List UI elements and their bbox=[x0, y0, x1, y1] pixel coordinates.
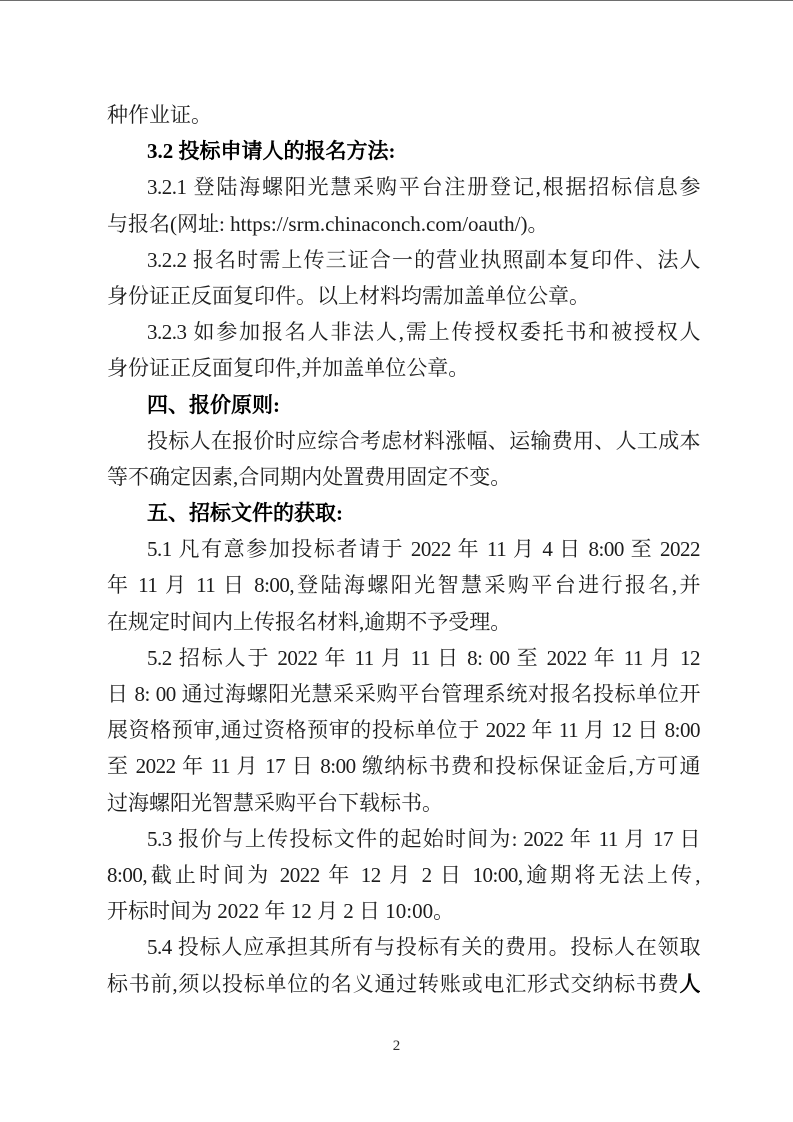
text-line: 3.2.3 如参加报名人非法人,需上传授权委托书和被授权人 bbox=[107, 314, 700, 350]
text-segment: 在规定时间内上传报名材料,逾期不予受理。 bbox=[107, 610, 511, 634]
text-segment: 5.4 投标人应承担其所有与投标有关的费用。投标人在领取 bbox=[147, 935, 700, 959]
text-segment: 3.2.1 登陆海螺阳光慧采购平台注册登记,根据招标信息参 bbox=[147, 175, 700, 199]
text-line: 与报名(网址: https://srm.chinaconch.com/oauth… bbox=[107, 206, 700, 242]
text-segment: 种作业证。 bbox=[107, 103, 212, 127]
text-line: 过海螺阳光智慧采购平台下载标书。 bbox=[107, 785, 700, 821]
text-line: 5.4 投标人应承担其所有与投标有关的费用。投标人在领取 bbox=[107, 929, 700, 965]
text-segment: 等不确定因素,合同期内处置费用固定不变。 bbox=[107, 465, 511, 489]
text-line: 日 8: 00 通过海螺阳光慧采采购平台管理系统对报名投标单位开 bbox=[107, 676, 700, 712]
text-segment: 至 2022 年 11 月 17 日 8:00 缴纳标书费和投标保证金后,方可通 bbox=[107, 754, 700, 778]
text-line: 身份证正反面复印件,并加盖单位公章。 bbox=[107, 350, 700, 386]
text-segment: 3.2.3 如参加报名人非法人,需上传授权委托书和被授权人 bbox=[147, 320, 700, 344]
text-line: 展资格预审,通过资格预审的投标单位于 2022 年 11 月 12 日 8:00 bbox=[107, 712, 700, 748]
text-line: 年 11 月 11 日 8:00,登陆海螺阳光智慧采购平台进行报名,并 bbox=[107, 567, 700, 603]
text-segment: 身份证正反面复印件,并加盖单位公章。 bbox=[107, 356, 469, 380]
text-line: 8:00,截止时间为 2022 年 12 月 2 日 10:00,逾期将无法上传… bbox=[107, 857, 700, 893]
text-segment: 投标人在报价时应综合考虑材料涨幅、运输费用、人工成本 bbox=[147, 429, 700, 453]
text-line: 标书前,须以投标单位的名义通过转账或电汇形式交纳标书费人 bbox=[107, 966, 700, 1002]
text-line: 5.1 凡有意参加投标者请于 2022 年 11 月 4 日 8:00 至 20… bbox=[107, 531, 700, 567]
text-segment: 过海螺阳光智慧采购平台下载标书。 bbox=[107, 791, 443, 815]
text-segment: 展资格预审,通过资格预审的投标单位于 2022 年 11 月 12 日 8:00 bbox=[107, 718, 700, 742]
text-line: 3.2 投标申请人的报名方法: bbox=[107, 133, 700, 169]
text-segment: 5.3 报价与上传投标文件的起始时间为: 2022 年 11 月 17 日 bbox=[147, 827, 700, 851]
text-line: 开标时间为 2022 年 12 月 2 日 10:00。 bbox=[107, 893, 700, 929]
text-segment: 开标时间为 2022 年 12 月 2 日 10:00。 bbox=[107, 899, 454, 923]
text-segment-bold: 四、报价原则: bbox=[147, 393, 280, 417]
text-line: 至 2022 年 11 月 17 日 8:00 缴纳标书费和投标保证金后,方可通 bbox=[107, 748, 700, 784]
text-segment: 3.2.2 报名时需上传三证合一的营业执照副本复印件、法人 bbox=[147, 248, 700, 272]
text-line: 在规定时间内上传报名材料,逾期不予受理。 bbox=[107, 604, 700, 640]
text-line: 四、报价原则: bbox=[107, 387, 700, 423]
text-segment: 5.1 凡有意参加投标者请于 2022 年 11 月 4 日 8:00 至 20… bbox=[147, 537, 700, 561]
text-segment-bold: 3.2 投标申请人的报名方法: bbox=[147, 139, 396, 163]
text-segment: 日 8: 00 通过海螺阳光慧采采购平台管理系统对报名投标单位开 bbox=[107, 682, 700, 706]
text-line: 5.3 报价与上传投标文件的起始时间为: 2022 年 11 月 17 日 bbox=[107, 821, 700, 857]
text-segment: 标书前,须以投标单位的名义通过转账或电汇形式交纳标书费 bbox=[107, 972, 680, 996]
text-segment: 与报名(网址: https://srm.chinaconch.com/oauth… bbox=[107, 212, 549, 236]
text-segment-bold: 人 bbox=[680, 972, 701, 996]
text-segment: 年 11 月 11 日 8:00,登陆海螺阳光智慧采购平台进行报名,并 bbox=[107, 573, 700, 597]
page-top-edge bbox=[0, 0, 793, 1]
text-line: 种作业证。 bbox=[107, 97, 700, 133]
text-segment-bold: 五、招标文件的获取: bbox=[147, 501, 343, 525]
text-line: 身份证正反面复印件。以上材料均需加盖单位公章。 bbox=[107, 278, 700, 314]
text-segment: 身份证正反面复印件。以上材料均需加盖单位公章。 bbox=[107, 284, 590, 308]
text-line: 3.2.2 报名时需上传三证合一的营业执照副本复印件、法人 bbox=[107, 242, 700, 278]
text-line: 投标人在报价时应综合考虑材料涨幅、运输费用、人工成本 bbox=[107, 423, 700, 459]
text-segment: 8:00,截止时间为 2022 年 12 月 2 日 10:00,逾期将无法上传… bbox=[107, 863, 700, 887]
text-line: 3.2.1 登陆海螺阳光慧采购平台注册登记,根据招标信息参 bbox=[107, 169, 700, 205]
text-line: 5.2 招标人于 2022 年 11 月 11 日 8: 00 至 2022 年… bbox=[107, 640, 700, 676]
document-body: 种作业证。3.2 投标申请人的报名方法:3.2.1 登陆海螺阳光慧采购平台注册登… bbox=[107, 97, 700, 1002]
page-number: 2 bbox=[0, 1038, 793, 1055]
text-segment: 5.2 招标人于 2022 年 11 月 11 日 8: 00 至 2022 年… bbox=[147, 646, 700, 670]
text-line: 等不确定因素,合同期内处置费用固定不变。 bbox=[107, 459, 700, 495]
document-page: { "colors": { "page_background": "#fffff… bbox=[0, 0, 793, 1122]
text-line: 五、招标文件的获取: bbox=[107, 495, 700, 531]
